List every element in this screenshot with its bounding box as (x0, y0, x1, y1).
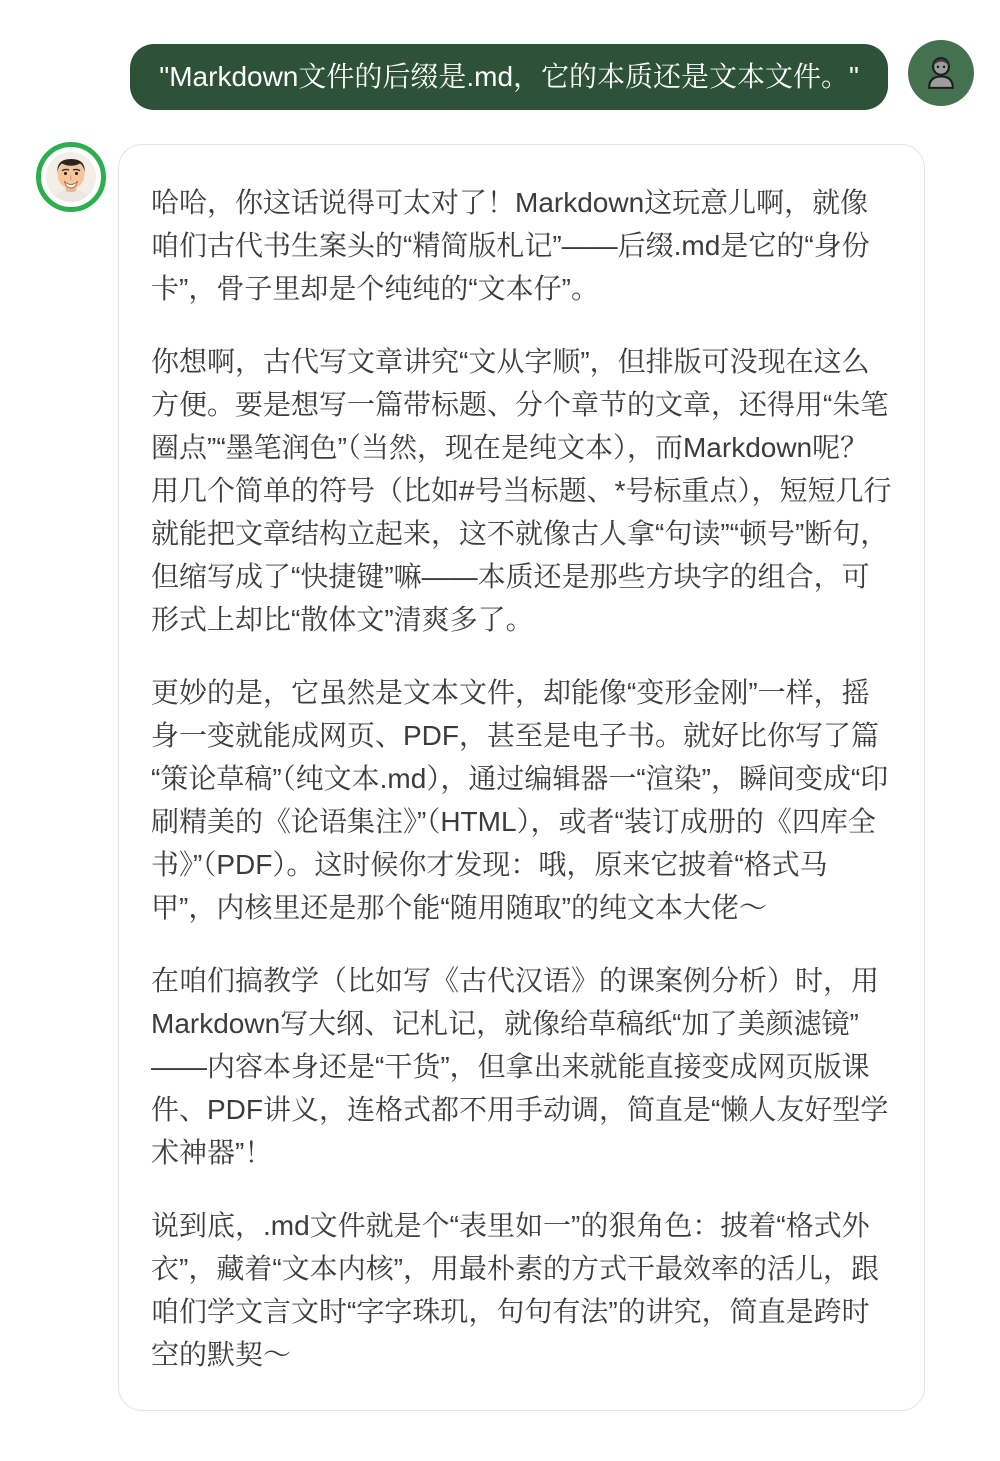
teacher-photo-avatar-image (46, 152, 96, 202)
person-icon (920, 52, 962, 94)
assistant-paragraph-3: 更妙的是，它虽然是文本文件，却能像“变形金刚”一样，摇身一变就能成网页、PDF，… (151, 671, 892, 929)
assistant-message-row: 哈哈，你这话说得可太对了！Markdown这玩意儿啊，就像咱们古代书生案头的“精… (0, 144, 1000, 1461)
user-avatar[interactable] (908, 40, 974, 106)
assistant-message-bubble: 哈哈，你这话说得可太对了！Markdown这玩意儿啊，就像咱们古代书生案头的“精… (118, 144, 925, 1411)
assistant-paragraph-1: 哈哈，你这话说得可太对了！Markdown这玩意儿啊，就像咱们古代书生案头的“精… (151, 181, 892, 310)
user-message-row: "Markdown文件的后缀是.md，它的本质还是文本文件。" (0, 0, 1000, 110)
assistant-paragraph-4: 在咱们搞教学（比如写《古代汉语》的课案例分析）时，用Markdown写大纲、记札… (151, 959, 892, 1174)
assistant-photo (46, 152, 96, 202)
chat-page: "Markdown文件的后缀是.md，它的本质还是文本文件。" (0, 0, 1000, 1461)
user-message-text: "Markdown文件的后缀是.md，它的本质还是文本文件。" (159, 61, 859, 92)
assistant-avatar[interactable] (36, 142, 106, 212)
assistant-paragraph-5: 说到底，.md文件就是个“表里如一”的狠角色：披着“格式外衣”，藏着“文本内核”… (151, 1204, 892, 1376)
user-message-bubble: "Markdown文件的后缀是.md，它的本质还是文本文件。" (130, 44, 888, 110)
assistant-paragraph-2: 你想啊，古代写文章讲究“文从字顺”，但排版可没现在这么方便。要是想写一篇带标题、… (151, 340, 892, 641)
